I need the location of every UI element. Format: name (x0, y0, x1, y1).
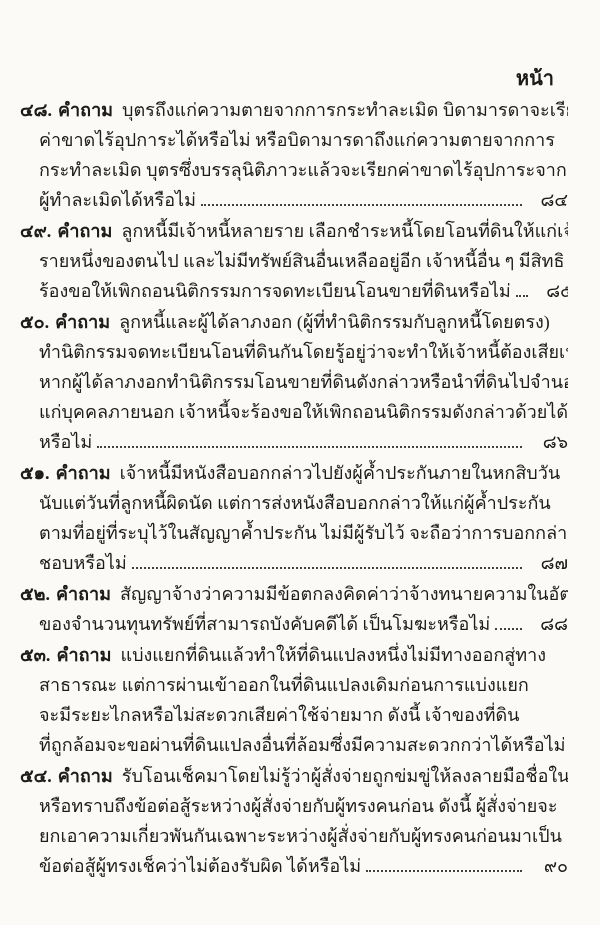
item-text-line: หากผู้ได้ลาภงอกทำนิติกรรมโอนขายที่ดินดัง… (20, 367, 568, 397)
item-text-line: หรือทราบถึงข้อต่อสู้ระหว่างผู้สั่งจ่ายกั… (20, 791, 568, 821)
item-last-line: ผู้ทำละเมิดได้หรือไม่ ๘๔ (20, 185, 568, 215)
item-text-line: สาธารณะ แต่การผ่านเข้าออกในที่ดินแปลงเดิ… (20, 670, 568, 700)
item-number: ๕๔. (20, 761, 52, 791)
toc-item-50: ๕๐. คำถาม ลูกหนี้และผู้ได้ลาภงอก (ผู้ที่… (20, 307, 568, 457)
dot-leader (132, 567, 522, 569)
item-text-line: ของจำนวนทุนทรัพย์ที่สามารถบังคับคดีได้ เ… (39, 609, 490, 639)
item-text-line: แบ่งแยกที่ดินแล้วทำให้ที่ดินแปลงหนึ่งไม่… (120, 640, 546, 670)
scanned-book-page: หน้า ๔๘. คำถาม บุตรถึงแก่ความตายจากการกร… (0, 0, 600, 925)
page-number: ๘๔ (538, 185, 568, 215)
item-text-line: ลูกหนี้มีเจ้าหนี้หลายราย เลือกชำระหนี้โด… (121, 216, 568, 246)
question-label: คำถาม (55, 307, 110, 337)
page-number: ๘๖ (538, 427, 568, 457)
item-text-line: เจ้าหนี้มีหนังสือบอกกล่าวไปยังผู้ค้ำประก… (120, 458, 561, 488)
item-text-line: ชอบหรือไม่ (39, 548, 127, 578)
question-label: คำถาม (57, 216, 112, 246)
item-text-line: แก่บุคคลภายนอก เจ้าหนี้จะร้องขอให้เพิกถอ… (20, 397, 568, 427)
item-text-line: บุตรถึงแก่ความตายจากการกระทำละเมิด บิดาม… (122, 95, 568, 125)
page-number: ๘๕ (544, 276, 568, 306)
dot-leader (516, 295, 528, 297)
page-number: ๘๗ (538, 548, 568, 578)
dot-leader (201, 204, 522, 206)
item-first-line: ๕๔. คำถาม รับโอนเช็คมาโดยไม่รู้ว่าผู้สั่… (20, 761, 568, 791)
question-label: คำถาม (56, 579, 111, 609)
item-first-line: ๕๓. คำถาม แบ่งแยกที่ดินแล้วทำให้ที่ดินแป… (20, 640, 568, 670)
item-number: ๕๓. (20, 640, 50, 670)
item-text-line: ค่าขาดไร้อุปการะได้หรือไม่ หรือบิดามารดา… (20, 125, 568, 155)
item-text-line: ทำนิติกรรมจดทะเบียนโอนที่ดินกันโดยรู้อยู… (20, 337, 568, 367)
toc-item-53: ๕๓. คำถาม แบ่งแยกที่ดินแล้วทำให้ที่ดินแป… (20, 640, 568, 760)
dot-leader (97, 446, 522, 448)
item-number: ๔๙. (20, 216, 51, 246)
question-label: คำถาม (58, 761, 113, 791)
item-last-line: ร้องขอให้เพิกถอนนิติกรรมการจดทะเบียนโอนข… (20, 276, 568, 306)
page-column-header: หน้า (516, 62, 554, 94)
item-last-line: ของจำนวนทุนทรัพย์ที่สามารถบังคับคดีได้ เ… (20, 609, 568, 639)
item-text-line: ลูกหนี้และผู้ได้ลาภงอก (ผู้ที่ทำนิติกรรม… (119, 307, 550, 337)
page-number: ๙๐ (538, 851, 568, 881)
item-text-line: ร้องขอให้เพิกถอนนิติกรรมการจดทะเบียนโอนข… (39, 276, 511, 306)
item-last-line: ชอบหรือไม่ ๘๗ (20, 548, 568, 578)
item-first-line: ๕๒. คำถาม สัญญาจ้างว่าความมีข้อตกลงคิดค่… (20, 579, 568, 609)
item-text-line: หรือไม่ (39, 427, 92, 457)
item-text-line: ที่ถูกล้อมจะขอผ่านที่ดินแปลงอื่นที่ล้อมซ… (39, 730, 566, 760)
toc-item-48: ๔๘. คำถาม บุตรถึงแก่ความตายจากการกระทำละ… (20, 95, 568, 215)
question-label: คำถาม (56, 640, 111, 670)
item-first-line: ๔๙. คำถาม ลูกหนี้มีเจ้าหนี้หลายราย เลือก… (20, 216, 568, 246)
question-label: คำถาม (58, 95, 113, 125)
item-text-line: รายหนึ่งของตนไป และไม่มีทรัพย์สินอื่นเหล… (20, 246, 568, 276)
item-text-line: ผู้ทำละเมิดได้หรือไม่ (39, 185, 196, 215)
dot-leader (366, 870, 522, 872)
item-number: ๕๒. (20, 579, 50, 609)
item-text-line: ยกเอาความเกี่ยวพันกันเฉพาะระหว่างผู้สั่ง… (20, 821, 568, 851)
toc-item-51: ๕๑. คำถาม เจ้าหนี้มีหนังสือบอกกล่าวไปยัง… (20, 458, 568, 578)
toc-item-54: ๕๔. คำถาม รับโอนเช็คมาโดยไม่รู้ว่าผู้สั่… (20, 761, 568, 881)
item-last-line: หรือไม่ ๘๖ (20, 427, 568, 457)
item-first-line: ๕๑. คำถาม เจ้าหนี้มีหนังสือบอกกล่าวไปยัง… (20, 458, 568, 488)
item-text-line: รับโอนเช็คมาโดยไม่รู้ว่าผู้สั่งจ่ายถูกข่… (122, 761, 568, 791)
item-first-line: ๕๐. คำถาม ลูกหนี้และผู้ได้ลาภงอก (ผู้ที่… (20, 307, 568, 337)
table-of-contents: ๔๘. คำถาม บุตรถึงแก่ความตายจากการกระทำละ… (20, 95, 568, 882)
item-text-line: นับแต่วันที่ลูกหนี้ผิดนัด แต่การส่งหนังส… (20, 488, 568, 518)
item-text-line: กระทำละเมิด บุตรซึ่งบรรลุนิติภาวะแล้วจะเ… (20, 155, 568, 185)
item-number: ๕๑. (20, 458, 50, 488)
toc-item-52: ๕๒. คำถาม สัญญาจ้างว่าความมีข้อตกลงคิดค่… (20, 579, 568, 639)
item-text-line: ตามที่อยู่ที่ระบุไว้ในสัญญาค้ำประกัน ไม่… (20, 518, 568, 548)
item-last-line: ข้อต่อสู้ผู้ทรงเช็คว่าไม่ต้องรับผิด ได้ห… (20, 851, 568, 881)
dot-leader (495, 628, 522, 630)
page-number: ๘๘ (538, 609, 568, 639)
toc-item-49: ๔๙. คำถาม ลูกหนี้มีเจ้าหนี้หลายราย เลือก… (20, 216, 568, 306)
item-text-line: ข้อต่อสู้ผู้ทรงเช็คว่าไม่ต้องรับผิด ได้ห… (39, 851, 361, 881)
item-text-line: สัญญาจ้างว่าความมีข้อตกลงคิดค่าว่าจ้างทน… (120, 579, 568, 609)
item-number: ๕๐. (20, 307, 49, 337)
item-last-line: ที่ถูกล้อมจะขอผ่านที่ดินแปลงอื่นที่ล้อมซ… (20, 730, 568, 760)
item-number: ๔๘. (20, 95, 52, 125)
question-label: คำถาม (56, 458, 111, 488)
item-text-line: จะมีระยะไกลหรือไม่สะดวกเสียค่าใช้จ่ายมาก… (20, 700, 568, 730)
item-first-line: ๔๘. คำถาม บุตรถึงแก่ความตายจากการกระทำละ… (20, 95, 568, 125)
